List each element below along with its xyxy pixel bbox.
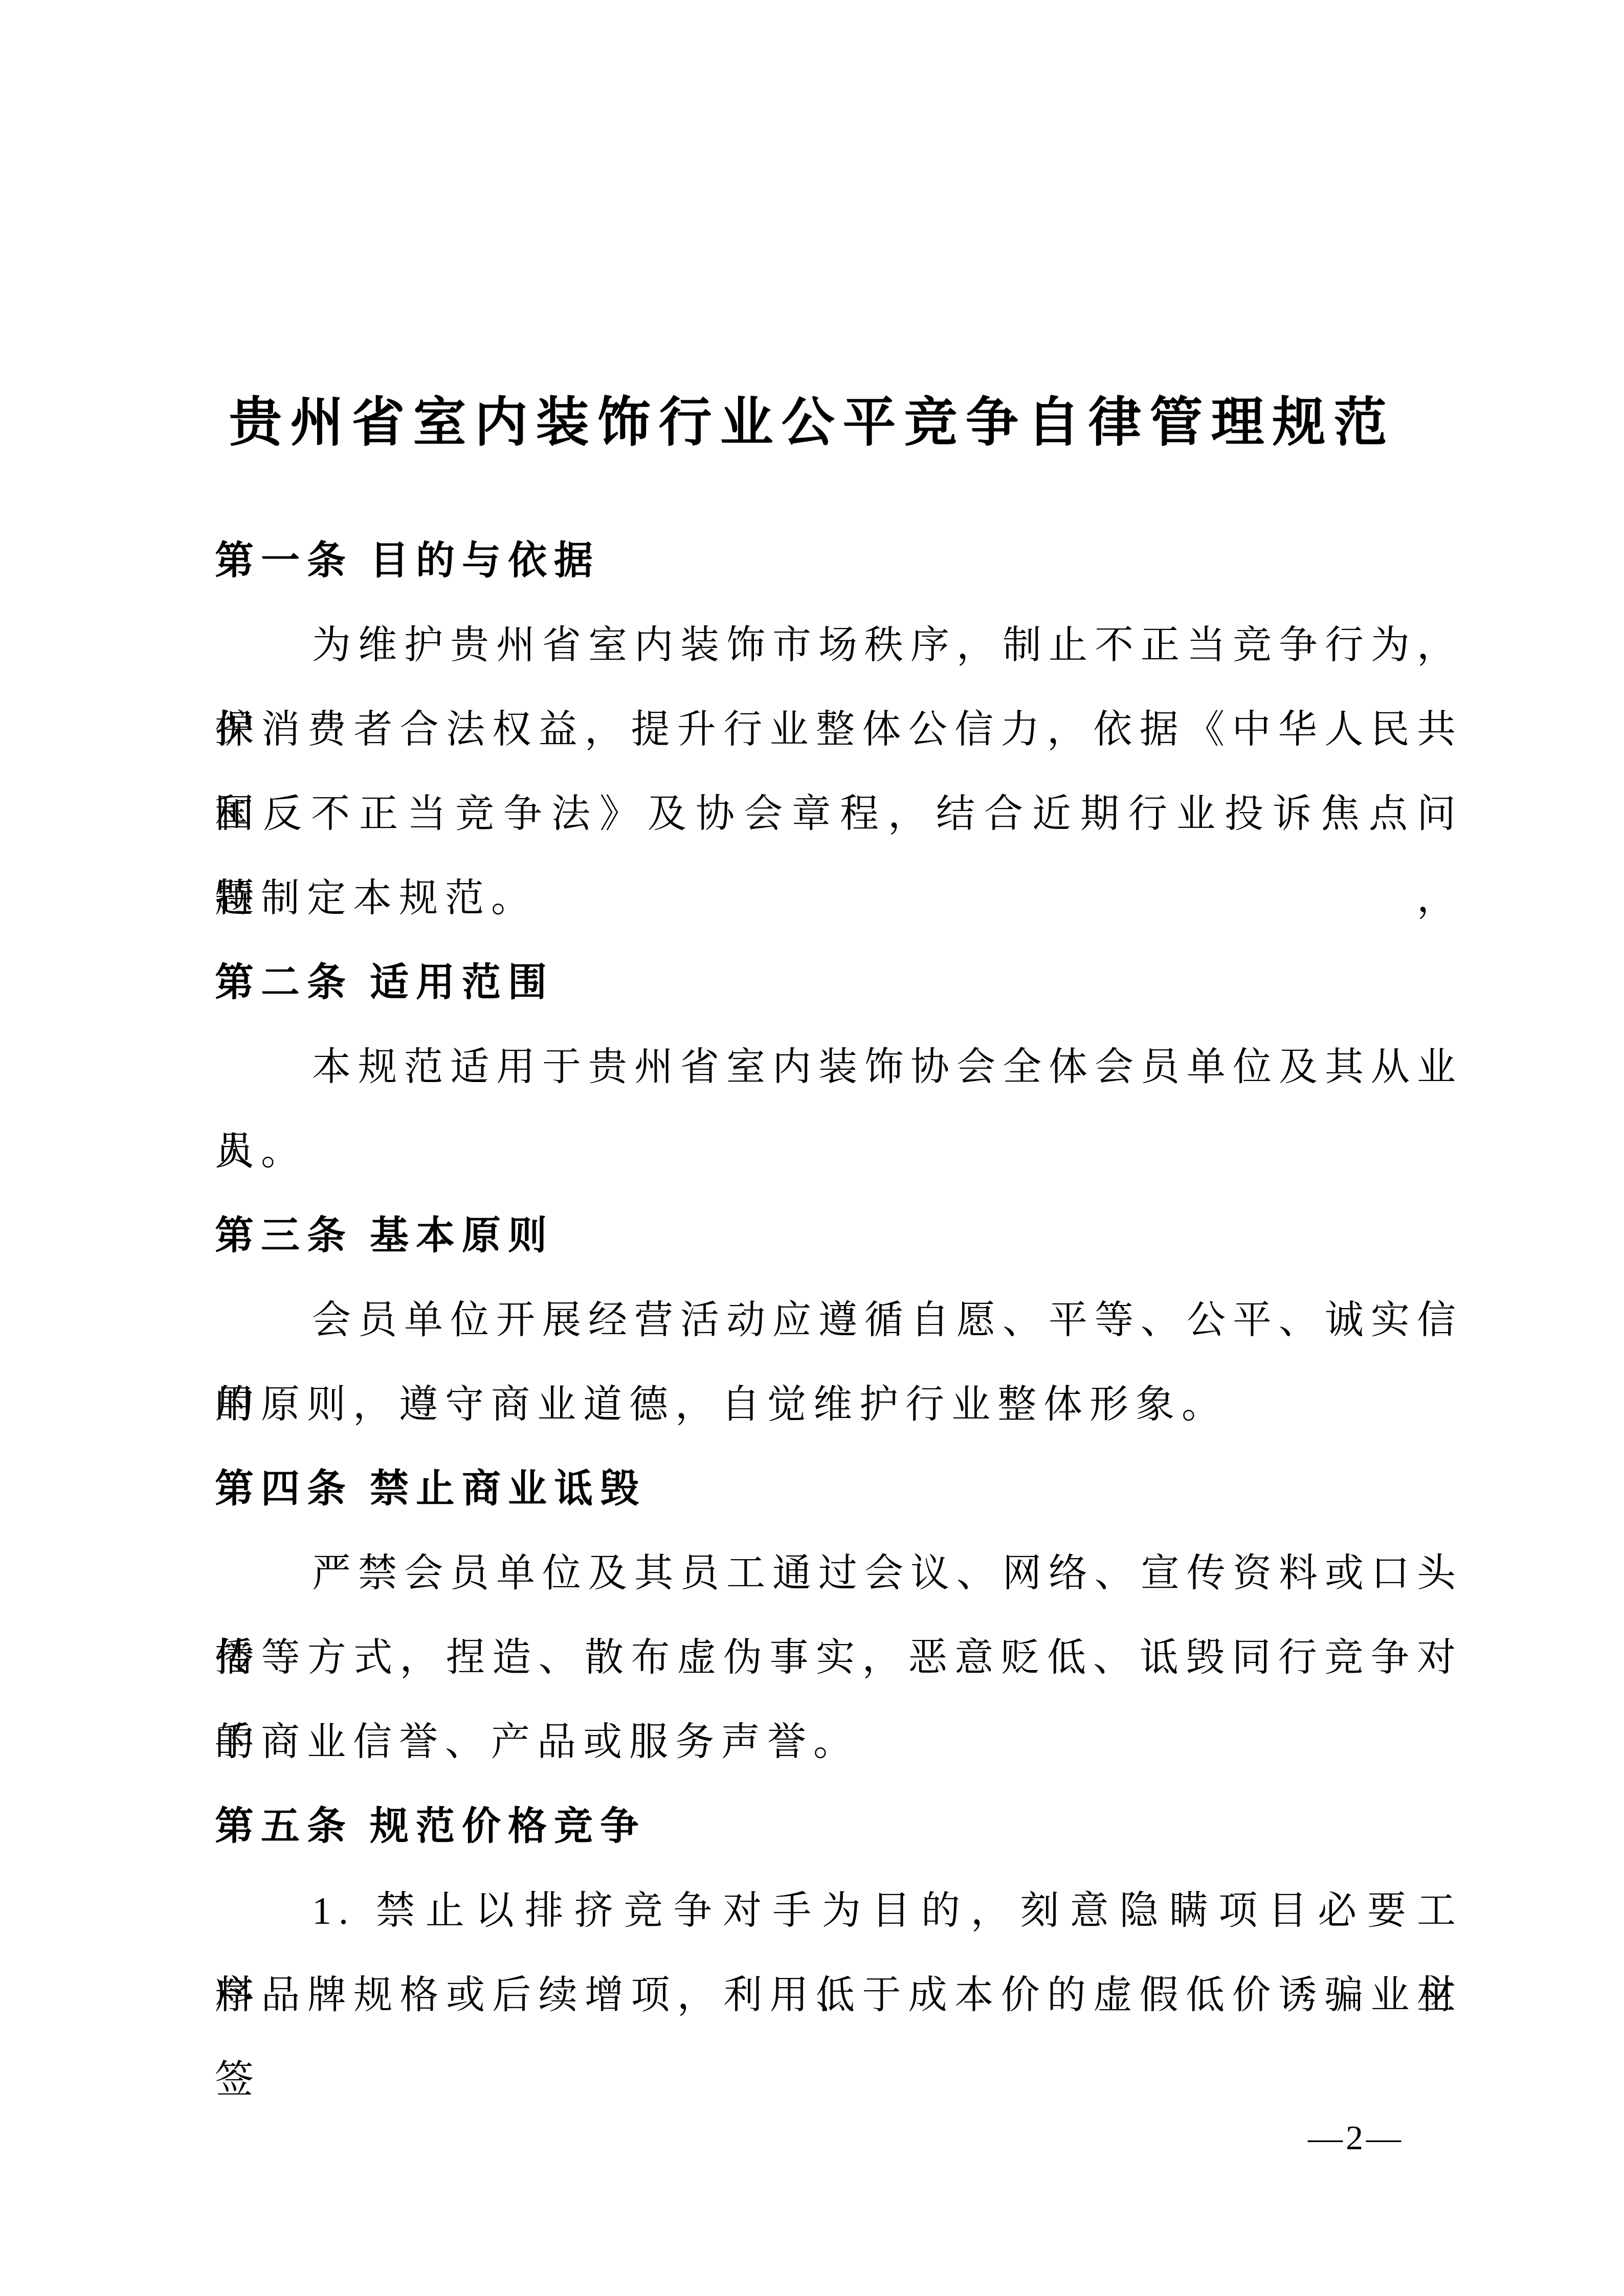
body-line: 的商业信誉、产品或服务声誉。 <box>215 1700 1463 1785</box>
body-line: 会员单位开展经营活动应遵循自愿、平等、公平、诚实信用 <box>215 1278 1463 1363</box>
body-line: 料品牌规格或后续增项，利用低于成本价的虚假低价诱骗业主签 <box>215 1953 1463 2038</box>
body-line: 的原则，遵守商业道德，自觉维护行业整体形象。 <box>215 1363 1463 1447</box>
section-heading: 第五条 规范价格竞争 <box>215 1785 1463 1869</box>
body-line: 1. 禁止以排挤竞争对手为目的，刻意隐瞒项目必要工序、材 <box>215 1869 1463 1953</box>
page-number: —2— <box>1308 2117 1404 2158</box>
document-page: 贵州省室内装饰行业公平竞争自律管理规范 第一条 目的与依据 为维护贵州省室内装饰… <box>0 0 1624 2296</box>
body-line: 为维护贵州省室内装饰市场秩序，制止不正当竞争行为，保 <box>215 603 1463 688</box>
body-line: 本规范适用于贵州省室内装饰协会全体会员单位及其从业人 <box>215 1025 1463 1110</box>
body-line: 员。 <box>215 1110 1463 1194</box>
section-heading: 第三条 基本原则 <box>215 1194 1463 1278</box>
body-line: 国反不正当竞争法》及协会章程，结合近期行业投诉焦点问题， <box>215 772 1463 857</box>
section-heading: 第四条 禁止商业诋毁 <box>215 1447 1463 1532</box>
section-heading: 第一条 目的与依据 <box>215 519 1463 603</box>
document-title: 贵州省室内装饰行业公平竞争自律管理规范 <box>0 388 1624 459</box>
body-line: 护消费者合法权益，提升行业整体公信力，依据《中华人民共和 <box>215 688 1463 772</box>
section-heading: 第二条 适用范围 <box>215 941 1463 1025</box>
body-line: 播等方式，捏造、散布虚伪事实，恶意贬低、诋毁同行竞争对手 <box>215 1616 1463 1700</box>
document-body: 第一条 目的与依据 为维护贵州省室内装饰市场秩序，制止不正当竞争行为，保 护消费… <box>215 519 1463 2038</box>
body-line: 严禁会员单位及其员工通过会议、网络、宣传资料或口头传 <box>215 1532 1463 1616</box>
